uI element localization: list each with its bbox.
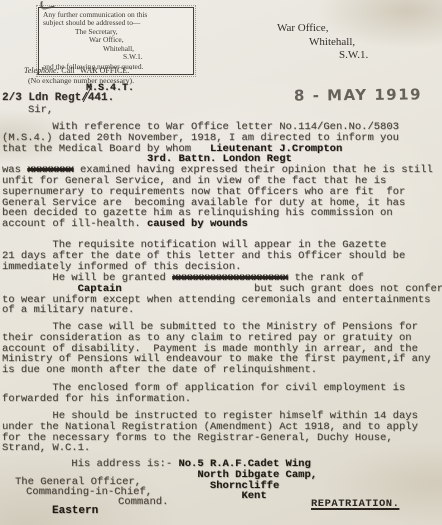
paragraph-3: He will be granted xxxxxxxxxxxxxxxxxxxx … bbox=[2, 273, 442, 316]
note-line: S.W.1. bbox=[43, 53, 189, 61]
address-line: S.W.1. bbox=[277, 49, 368, 63]
correspondence-note-box: Any further communication on this subjec… bbox=[38, 7, 194, 75]
telephone-label: Telephone: bbox=[24, 66, 59, 75]
address-line: War Office, bbox=[277, 22, 368, 36]
repatriation-stamp: REPATRIATION. bbox=[311, 498, 399, 510]
date-stamp: 8 - MAY 1919 bbox=[294, 85, 422, 104]
inserted-phrase-caused-by-wounds: caused by wounds bbox=[147, 218, 248, 230]
paragraph-5: The enclosed form of application for civ… bbox=[2, 383, 405, 405]
paragraph-4: The case will be submitted to the Minist… bbox=[2, 322, 430, 376]
paragraph-2: The requisite notification will appear i… bbox=[2, 240, 405, 272]
salutation: Sir, bbox=[28, 105, 53, 116]
telephone-value: Call "WAR OFFICE." bbox=[59, 66, 132, 75]
paragraph-6: He should be instructed to register hims… bbox=[2, 411, 418, 454]
letterhead-address: War Office, Whitehall, S.W.1. bbox=[277, 22, 368, 63]
paragraph-1: With reference to War Office letter No.1… bbox=[2, 122, 433, 230]
address-line: Whitehall, bbox=[277, 36, 368, 50]
telephone-line: Telephone: Call "WAR OFFICE." bbox=[24, 66, 132, 75]
letter-page: Any further communication on this subjec… bbox=[0, 0, 442, 525]
addressee-line-3: Command. bbox=[118, 497, 168, 508]
addressee-insert-eastern: Eastern bbox=[52, 506, 98, 517]
note-line: Whitehall, bbox=[43, 45, 189, 53]
reference-number: 2/3 Ldn Regt/441. bbox=[2, 93, 114, 104]
